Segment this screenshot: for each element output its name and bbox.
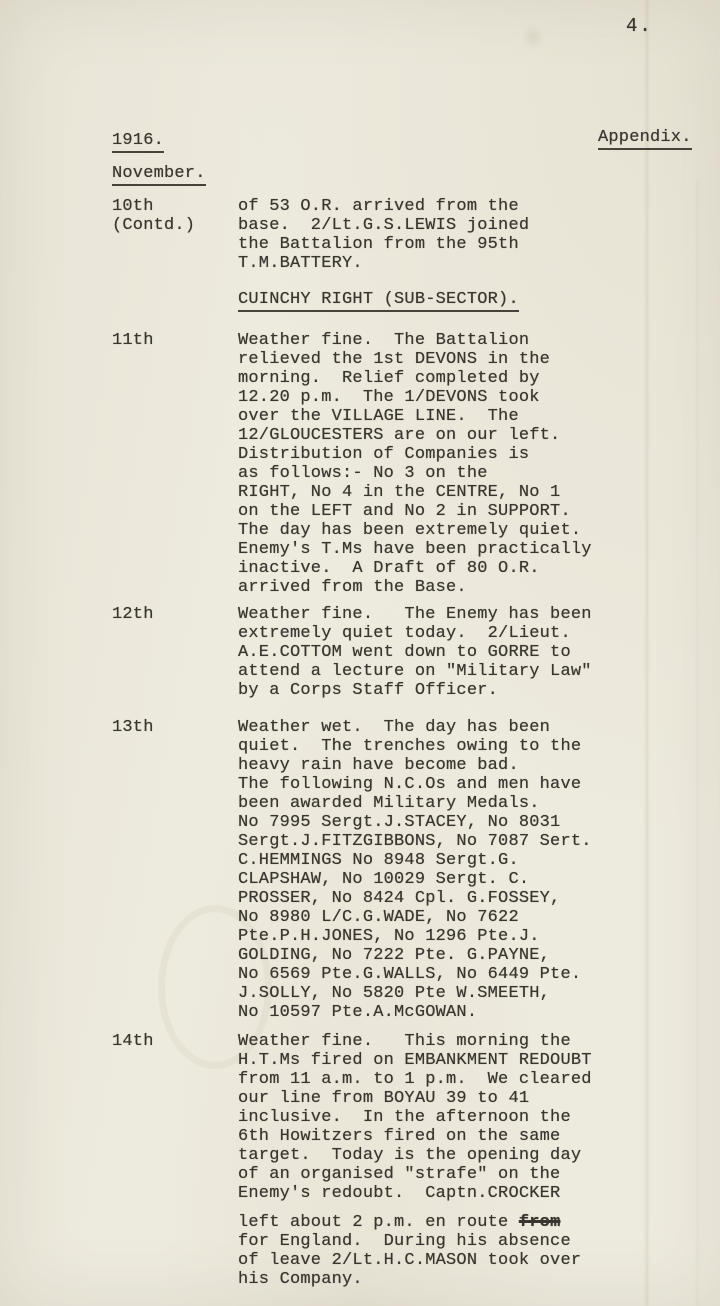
section-heading: CUINCHY RIGHT (SUB-SECTOR). [238,290,632,312]
entry-text: Weather wet. The day has been quiet. The… [238,718,632,1022]
war-diary-page: 4. 1916. Appendix. November. 10th (Contd… [0,0,720,1306]
paper-crease [646,0,648,1306]
diary-entry-10th: 10th (Contd.) of 53 O.R. arrived from th… [112,197,632,273]
diary-entries: 10th (Contd.) of 53 O.R. arrived from th… [112,197,632,1289]
paper-crease-right [697,180,698,1306]
section-heading-text: CUINCHY RIGHT (SUB-SECTOR). [238,290,519,312]
month-heading-text: November. [112,164,206,186]
entry-date-column: 11th [112,331,238,350]
entry-date: 12th [112,605,154,624]
entry-text-after-strike: for England. During his absence of leave… [238,1232,581,1289]
entry-text-part1: Weather fine. This morning the H.T.Ms fi… [238,1032,592,1203]
struck-out-word: from [519,1213,561,1232]
diary-entry-13th: 13th Weather wet. The day has been quiet… [112,718,632,1022]
appendix-heading: Appendix. [598,128,692,150]
entry-date: 13th [112,718,154,737]
year-heading-text: 1916. [112,131,164,153]
diary-entry-12th: 12th Weather fine. The Enemy has been ex… [112,605,632,700]
entry-date-column: 10th (Contd.) [112,197,238,235]
entry-date-note: (Contd.) [112,216,195,235]
diary-entry-11th: 11th Weather fine. The Battalion relieve… [112,331,632,597]
entry-text: Weather fine. This morning the H.T.Ms fi… [238,1032,632,1289]
entry-text: of 53 O.R. arrived from the base. 2/Lt.G… [238,197,632,273]
year-heading: 1916. [112,131,164,153]
diary-entry-14th: 14th Weather fine. This morning the H.T.… [112,1032,632,1289]
entry-date: 14th [112,1032,154,1051]
entry-date: 11th [112,331,154,350]
entry-date-column: 14th [112,1032,238,1051]
entry-date: 10th [112,197,154,216]
entry-text-part2: left about 2 p.m. en route from for Engl… [238,1213,632,1289]
section-heading-row: CUINCHY RIGHT (SUB-SECTOR). [112,290,632,312]
entry-date-column: 12th [112,605,238,624]
entry-text-before-strike: left about 2 p.m. en route [238,1213,519,1232]
entry-text: Weather fine. The Battalion relieved the… [238,331,632,597]
page-number: 4. [626,17,653,36]
paper-smudge [520,22,546,52]
entry-date-column: 13th [112,718,238,737]
entry-text: Weather fine. The Enemy has been extreme… [238,605,632,700]
appendix-heading-text: Appendix. [598,128,692,150]
month-heading: November. [112,164,206,186]
